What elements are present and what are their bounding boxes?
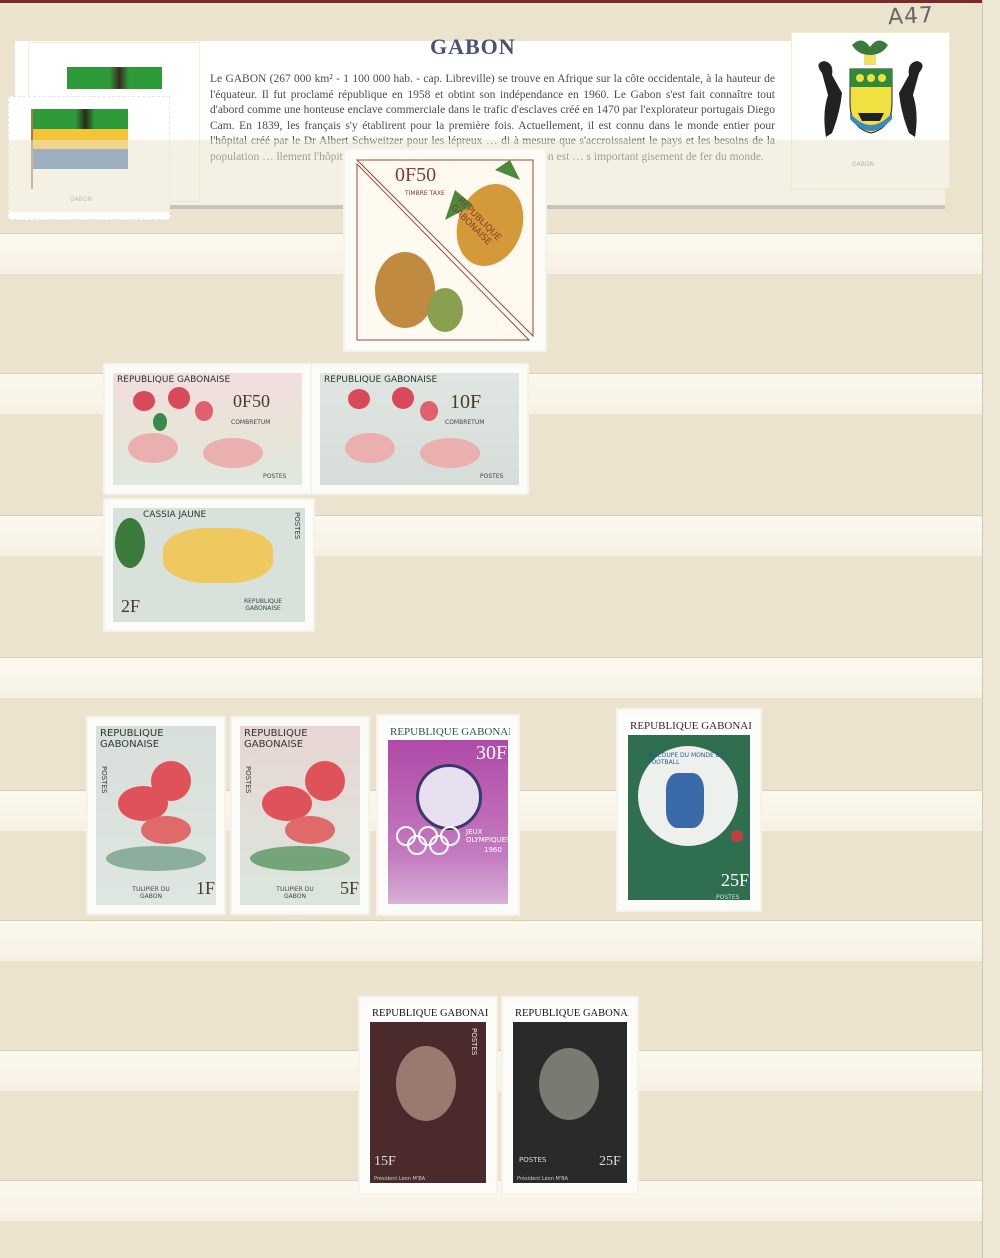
stamp-value: 25F (721, 870, 749, 891)
stock-strip (0, 657, 982, 698)
stamp-value: 2F (121, 596, 140, 617)
stamp-label: 8e COUPE DU MONDE DE FOOTBALL (648, 752, 738, 766)
stamp-label: COMBRETUM (445, 419, 484, 426)
stamp-header: REPUBLIQUE GABONAISE (390, 726, 510, 738)
stamp-football-25: REPUBLIQUE GABONAISE 8e COUPE DU MONDE D… (618, 710, 760, 910)
stamp-header: REPUBLIQUE GABONAISE (324, 375, 437, 385)
stock-strip (0, 920, 982, 961)
stamp-combretum-050: REPUBLIQUE GABONAISE 0F50 COMBRETUM POST… (105, 365, 310, 493)
stamp-footer: POSTES (480, 473, 503, 480)
stamp-value: 15F (374, 1154, 396, 1170)
stamp-header: REPUBLIQUE GABONAISE (117, 375, 230, 385)
stamp-footer: REPUBLIQUE GABONAISE (233, 598, 293, 612)
stamp-postage-due-pair: 0F50 TIMBRE TAXE REPUBLIQUE GABONAISE (345, 150, 545, 350)
page-top-edge (0, 0, 1000, 3)
stamp-value: 0F50 (395, 164, 436, 187)
stamp-footer: POSTES (263, 473, 286, 480)
stamp-side-text: POSTES (293, 512, 301, 539)
stamp-footer: Président Léon M'BA (517, 1176, 568, 1182)
stamp-value: 0F50 (233, 391, 270, 412)
stamp-header: CASSIA JAUNE (143, 510, 206, 520)
stamp-label: JEUX OLYMPIQUES (466, 828, 506, 844)
stamp-olympics-30: REPUBLIQUE GABONAISE 30F JEUX OLYMPIQUES… (378, 716, 518, 914)
stamp-mba-25: REPUBLIQUE GABONAISE POSTES 25F Présiden… (503, 998, 637, 1193)
stamp-side-text: POSTES (100, 766, 108, 793)
stamp-value: 1F (196, 878, 215, 899)
stamp-value: 30F (476, 742, 507, 765)
stamp-side-text: POSTES (519, 1156, 546, 1164)
stamp-header: REPUBLIQUE GABONAISE (630, 720, 752, 732)
stamp-side-text: POSTES (244, 766, 252, 793)
stamp-side-text: POSTES (470, 1028, 478, 1055)
olympic-rings-icon (394, 826, 474, 856)
stamp-value: 10F (450, 391, 481, 414)
stamp-header: REPUBLIQUE GABONAISE (515, 1008, 629, 1019)
stamp-cassia-2: CASSIA JAUNE 2F REPUBLIQUE GABONAISE POS… (105, 500, 313, 630)
stock-book-page: A47 GABON Le GABON (267 000 km² - 1 100 … (0, 0, 1000, 1258)
stamp-mba-15: REPUBLIQUE GABONAISE POSTES 15F Présiden… (360, 998, 496, 1193)
stamp-header: REPUBLIQUE GABONAISE (244, 728, 344, 750)
stamp-value: 25F (599, 1154, 621, 1170)
stamp-label: TIMBRE TAXE (405, 190, 445, 197)
stamp-label: TULIPIER DU GABON (265, 886, 325, 900)
stamp-footer: POSTES (716, 894, 739, 901)
page-right-margin (983, 0, 1000, 1258)
stamp-value: 5F (340, 878, 359, 899)
flag-icon (67, 67, 162, 89)
stamp-header: REPUBLIQUE GABONAISE (372, 1008, 488, 1019)
stamp-footer: Président Léon M'BA (374, 1176, 425, 1182)
stamp-combretum-10: REPUBLIQUE GABONAISE 10F COMBRETUM POSTE… (312, 365, 527, 493)
handwritten-page-label: A47 (887, 3, 934, 30)
stamp-year: 1960 (484, 846, 502, 854)
stamp-label: TULIPIER DU GABON (121, 886, 181, 900)
stamp-tulipier-5: REPUBLIQUE GABONAISE POSTES TULIPIER DU … (232, 718, 368, 913)
stamp-tulipier-1: REPUBLIQUE GABONAISE POSTES TULIPIER DU … (88, 718, 224, 913)
stamp-header: REPUBLIQUE GABONAISE (100, 728, 200, 750)
stamp-label: COMBRETUM (231, 419, 270, 426)
country-title: GABON (430, 34, 516, 60)
